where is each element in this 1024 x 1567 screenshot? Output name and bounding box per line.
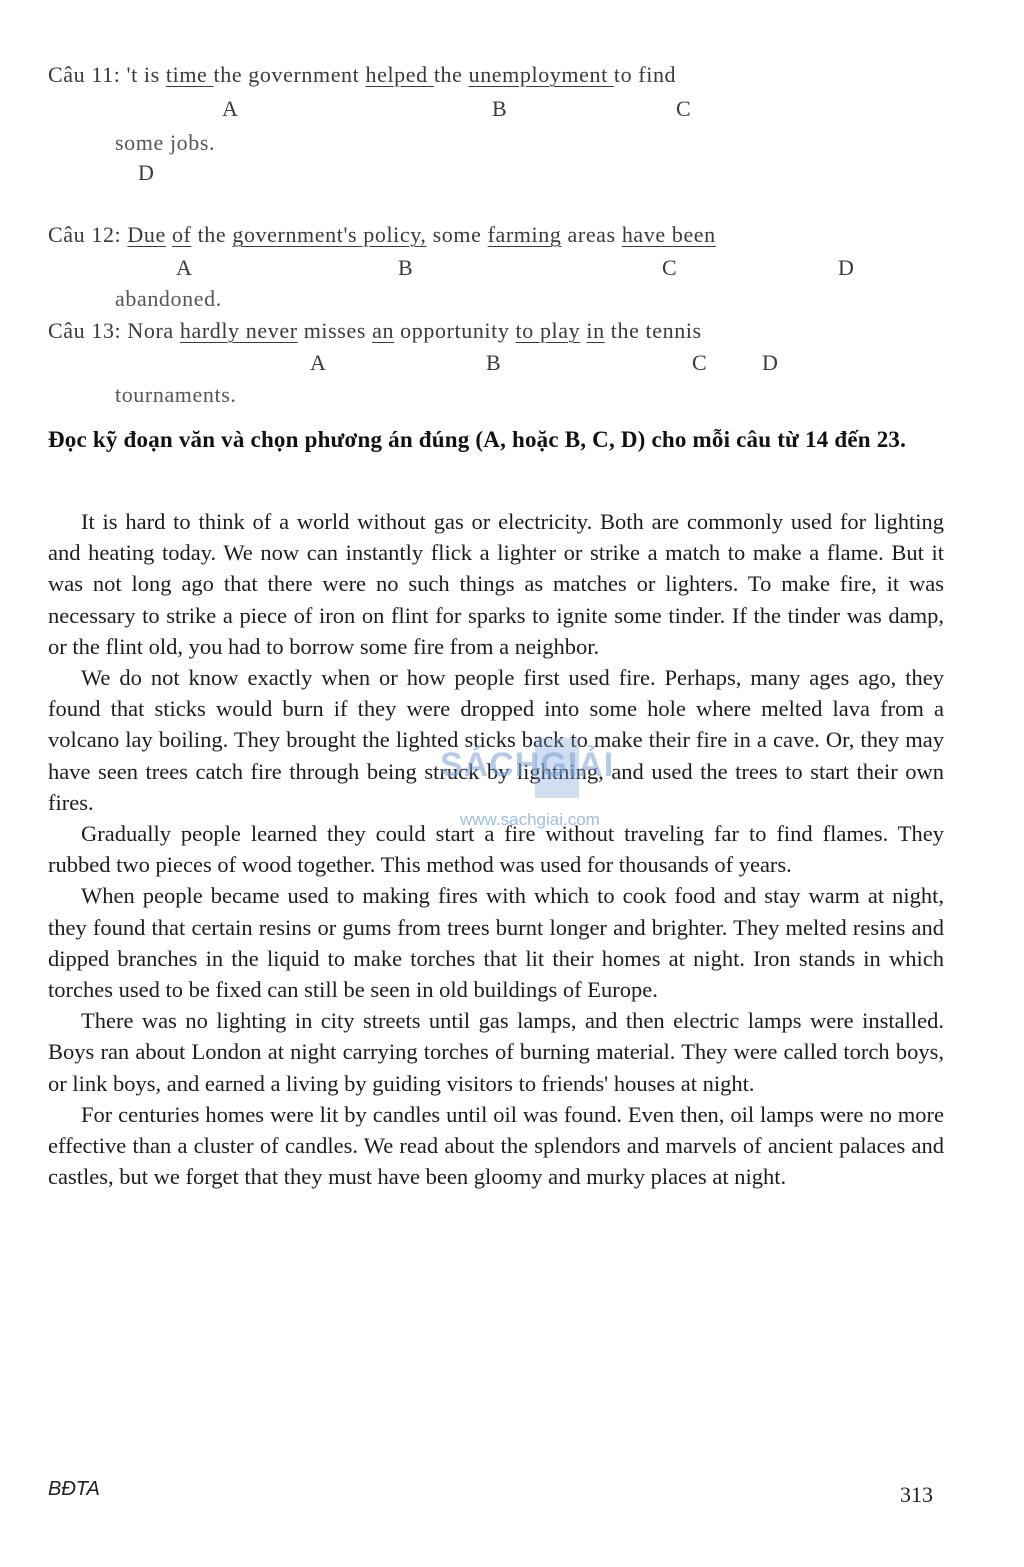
textbook-page: Câu 11: 't is time the government helped… — [0, 0, 1024, 1567]
passage-paragraph: Gradually people learned they could star… — [48, 818, 944, 880]
question-13-continuation: tournaments. — [115, 382, 236, 408]
option-a-text: hardly never — [180, 318, 298, 343]
label-b: B — [398, 255, 413, 281]
reading-passage: It is hard to think of a world without g… — [48, 506, 944, 1192]
option-c-text: to play — [516, 318, 581, 343]
label-c: C — [662, 255, 677, 281]
option-d-text: some — [115, 130, 164, 155]
passage-paragraph: When people became used to making fires … — [48, 880, 944, 1005]
label-a: A — [310, 350, 326, 376]
question-number: Câu 12: — [48, 222, 121, 247]
option-a-text: time — [166, 62, 214, 87]
reading-instruction: Đọc kỹ đoạn văn và chọn phương án đúng (… — [48, 424, 948, 456]
label-d: D — [762, 350, 778, 376]
option-c-text: farming — [488, 222, 562, 247]
option-d-text: in — [586, 318, 604, 343]
question-11: Câu 11: 't is time the government helped… — [48, 62, 676, 88]
page-number: 313 — [900, 1482, 933, 1508]
option-a-text: Due — [127, 222, 165, 247]
footer-book-code: BĐTA — [48, 1478, 100, 1501]
label-d: D — [138, 160, 154, 186]
option-c-text: unemployment — [469, 62, 614, 87]
option-d-text: have been — [622, 222, 716, 247]
question-13: Câu 13: Nora hardly never misses an oppo… — [48, 318, 702, 344]
question-12-continuation: abandoned. — [115, 286, 222, 312]
label-c: C — [692, 350, 707, 376]
label-b: B — [492, 96, 507, 122]
label-c: C — [676, 96, 691, 122]
label-b: B — [486, 350, 501, 376]
passage-paragraph: There was no lighting in city streets un… — [48, 1005, 944, 1099]
label-a: A — [222, 96, 238, 122]
option-b-text: government's policy, — [232, 222, 426, 247]
label-a: A — [176, 255, 192, 281]
label-d: D — [838, 255, 854, 281]
question-11-continuation: some jobs. — [115, 130, 215, 156]
question-number: Câu 11: — [48, 62, 120, 87]
question-12: Câu 12: Due of the government's policy, … — [48, 222, 716, 248]
passage-paragraph: We do not know exactly when or how peopl… — [48, 662, 944, 818]
option-b-text: an — [372, 318, 394, 343]
passage-paragraph: It is hard to think of a world without g… — [48, 506, 944, 662]
question-number: Câu 13: — [48, 318, 121, 343]
option-b-text: helped — [365, 62, 433, 87]
passage-paragraph: For centuries homes were lit by candles … — [48, 1099, 944, 1193]
